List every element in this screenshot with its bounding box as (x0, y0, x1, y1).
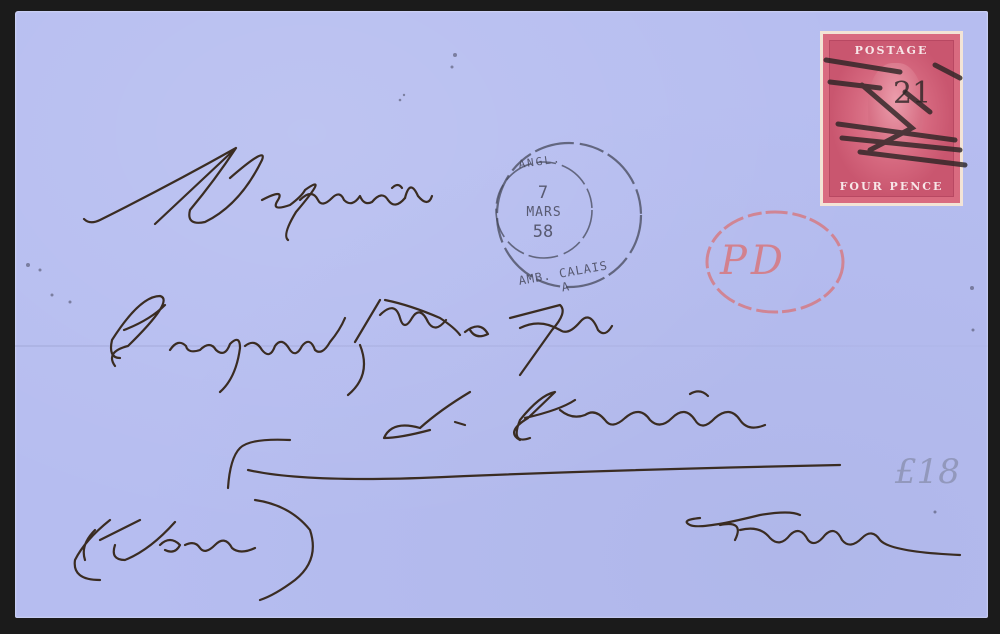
handwriting (75, 148, 960, 600)
cds-postmark (496, 143, 641, 287)
cancel-numeral: 21 (893, 76, 931, 111)
pd-oval (707, 212, 843, 312)
ink-specks (26, 53, 975, 514)
ink-layer: 21 (0, 0, 1000, 634)
